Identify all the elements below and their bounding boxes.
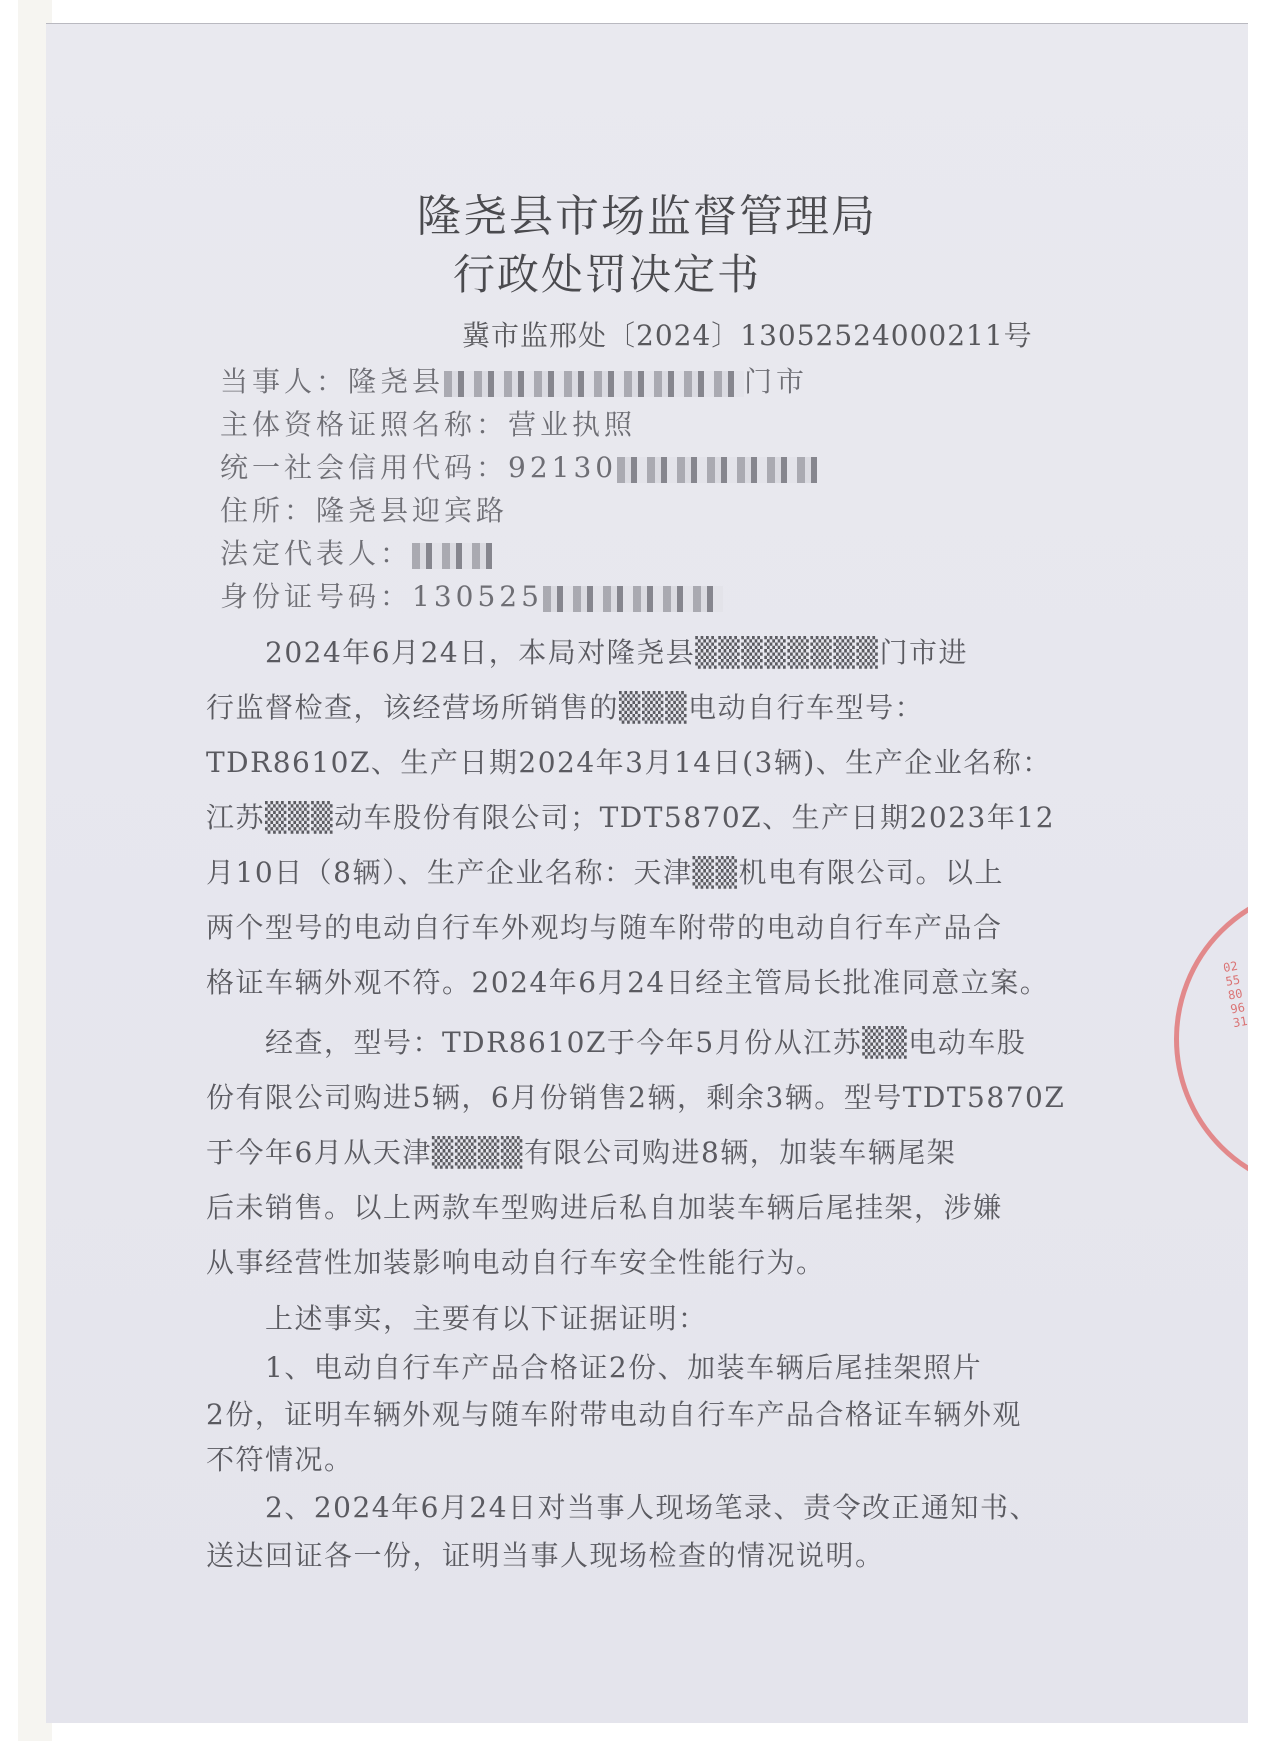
body-line: 从事经营性加装影响电动自行车安全性能行为。 bbox=[206, 1241, 1066, 1281]
body-line: 2、2024年6月24日对当事人现场笔录、责令改正通知书、 bbox=[206, 1486, 1066, 1526]
field-label: 身份证号码： bbox=[220, 580, 412, 613]
field-label: 统一社会信用代码： bbox=[220, 451, 508, 484]
body-line: 行监督检查，该经营场所销售的▒▒▒电动自行车型号： bbox=[206, 686, 1066, 726]
agency-title: 隆尧县市场监督管理局 bbox=[46, 180, 1248, 244]
field-party: 当事人：隆尧县门市 bbox=[220, 360, 808, 400]
field-label: 主体资格证照名称： bbox=[220, 408, 508, 441]
field-label: 法定代表人： bbox=[220, 537, 412, 570]
body-line: 格证车辆外观不符。2024年6月24日经主管局长批准同意立案。 bbox=[206, 961, 1066, 1001]
body-line: 2份，证明车辆外观与随车附带电动自行车产品合格证车辆外观 bbox=[206, 1393, 1066, 1433]
body-line: 份有限公司购进5辆，6月份销售2辆，剩余3辆。型号TDT5870Z bbox=[206, 1076, 1066, 1116]
body-line: 2024年6月24日，本局对隆尧县▒▒▒▒▒▒▒▒门市进 bbox=[206, 631, 1066, 671]
redacted-block bbox=[412, 543, 492, 569]
body-line: 上述事实，主要有以下证据证明： bbox=[206, 1297, 1066, 1337]
body-line: 经查，型号：TDR8610Z于今年5月份从江苏▒▒电动车股 bbox=[206, 1021, 1066, 1061]
field-label: 住所： bbox=[220, 494, 316, 527]
document-type-title: 行政处罚决定书 bbox=[46, 242, 1208, 302]
body-line: 两个型号的电动自行车外观均与随车附带的电动自行车产品合 bbox=[206, 906, 1066, 946]
document-number: 冀市监邢处〔2024〕13052524000211号 bbox=[462, 314, 1033, 354]
official-seal bbox=[1174, 884, 1248, 1194]
body-line: 后未销售。以上两款车型购进后私自加装车辆后尾挂架，涉嫌 bbox=[206, 1186, 1066, 1226]
field-value-suffix: 门市 bbox=[744, 365, 808, 398]
field-value: 隆尧县 bbox=[348, 365, 444, 398]
body-line: 江苏▒▒▒动车股份有限公司；TDT5870Z、生产日期2023年12 bbox=[206, 796, 1066, 836]
field-id-number: 身份证号码：130525 bbox=[220, 575, 723, 615]
field-credit-code: 统一社会信用代码：92130 bbox=[220, 446, 817, 486]
redacted-block bbox=[444, 371, 744, 397]
document-page: 隆尧县市场监督管理局 行政处罚决定书 冀市监邢处〔2024〕1305252400… bbox=[46, 23, 1248, 1723]
field-address: 住所：隆尧县迎宾路 bbox=[220, 489, 508, 529]
redacted-block bbox=[543, 586, 723, 612]
field-value: 隆尧县迎宾路 bbox=[316, 494, 508, 527]
body-line: TDR8610Z、生产日期2024年3月14日(3辆)、生产企业名称： bbox=[206, 741, 1066, 781]
field-value: 130525 bbox=[412, 580, 543, 613]
field-value: 92130 bbox=[508, 451, 617, 484]
field-legal-rep: 法定代表人： bbox=[220, 532, 492, 572]
body-line: 送达回证各一份，证明当事人现场检查的情况说明。 bbox=[206, 1534, 1066, 1574]
body-line: 不符情况。 bbox=[206, 1438, 1066, 1478]
field-value: 营业执照 bbox=[508, 408, 636, 441]
body-line: 1、电动自行车产品合格证2份、加装车辆后尾挂架照片 bbox=[206, 1346, 1066, 1386]
field-label: 当事人： bbox=[220, 365, 348, 398]
field-license-name: 主体资格证照名称：营业执照 bbox=[220, 403, 636, 443]
body-line: 月10日（8辆）、生产企业名称：天津▒▒机电有限公司。以上 bbox=[206, 851, 1066, 891]
body-line: 于今年6月从天津▒▒▒▒有限公司购进8辆，加装车辆尾架 bbox=[206, 1131, 1066, 1171]
redacted-block bbox=[617, 457, 817, 483]
